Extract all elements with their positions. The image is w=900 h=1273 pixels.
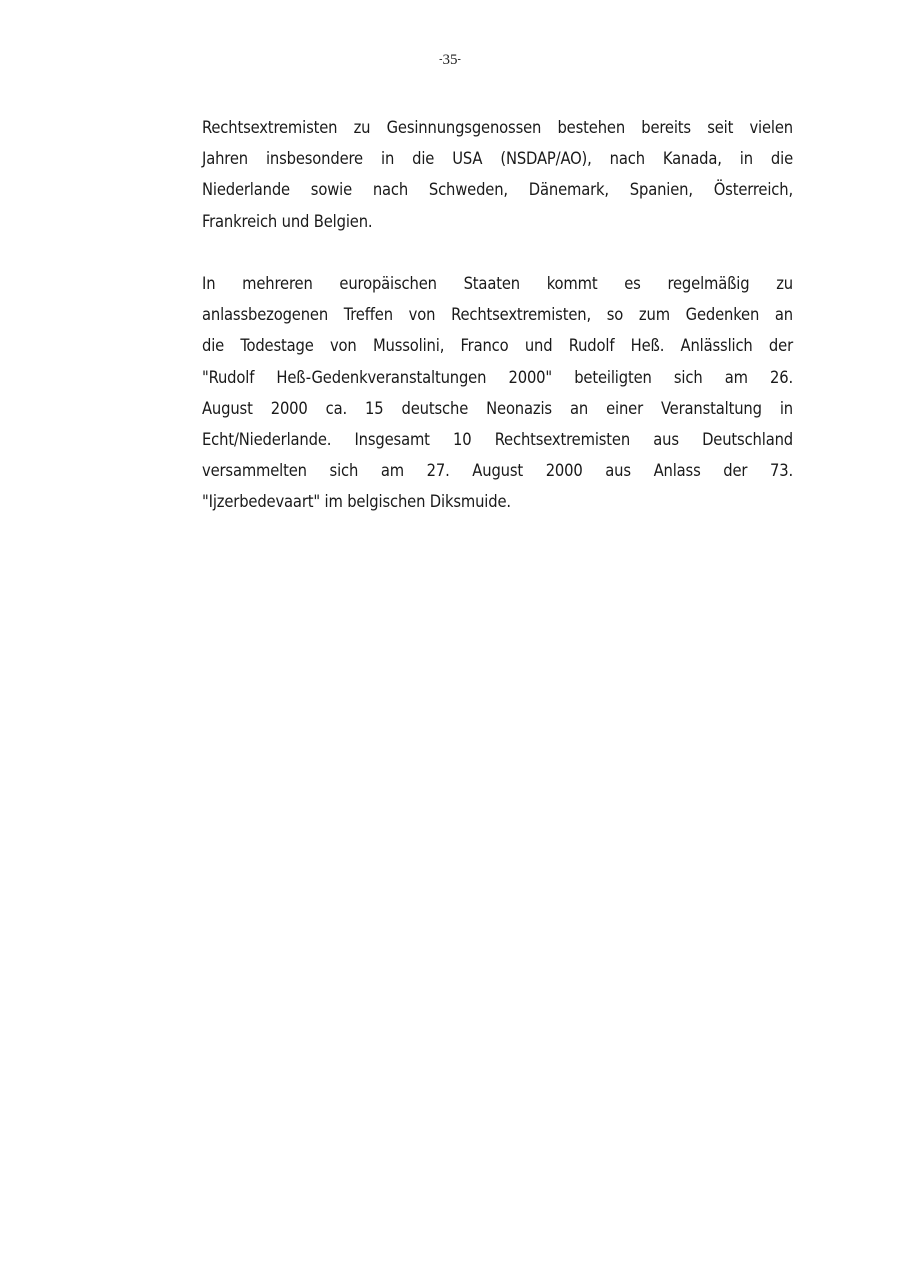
paragraph-line: anlassbezogenen Treffen von Rechtsextrem… (202, 302, 793, 333)
paragraph-line: Rechtsextremisten zu Gesinnungsgenossen … (202, 115, 793, 146)
paragraph-line: August 2000 ca. 15 deutsche Neonazis an … (202, 396, 793, 427)
paragraph-line: Niederlande sowie nach Schweden, Dänemar… (202, 177, 793, 208)
paragraph-line: "Rudolf Heß-Gedenkveranstaltungen 2000" … (202, 365, 793, 396)
paragraph-foreign-contacts: Rechtsextremisten zu Gesinnungsgenossen … (202, 115, 793, 240)
paragraph-line: die Todestage von Mussolini, Franco und … (202, 333, 793, 364)
paragraph-line: Frankreich und Belgien. (202, 209, 793, 240)
page-number-dash-right: - (458, 54, 461, 65)
paragraph-line: "Ijzerbedevaart" im belgischen Diksmuide… (202, 489, 793, 520)
paragraph-line: In mehreren europäischen Staaten kommt e… (202, 271, 793, 302)
paragraph-line: Jahren insbesondere in die USA (NSDAP/AO… (202, 146, 793, 177)
page-number-value: 35 (443, 52, 458, 68)
paragraph-line: versammelten sich am 27. August 2000 aus… (202, 458, 793, 489)
page-number: -35- (0, 52, 900, 69)
paragraph-line: Echt/Niederlande. Insgesamt 10 Rechtsext… (202, 427, 793, 458)
paragraph-european-meetings: In mehreren europäischen Staaten kommt e… (202, 271, 793, 521)
